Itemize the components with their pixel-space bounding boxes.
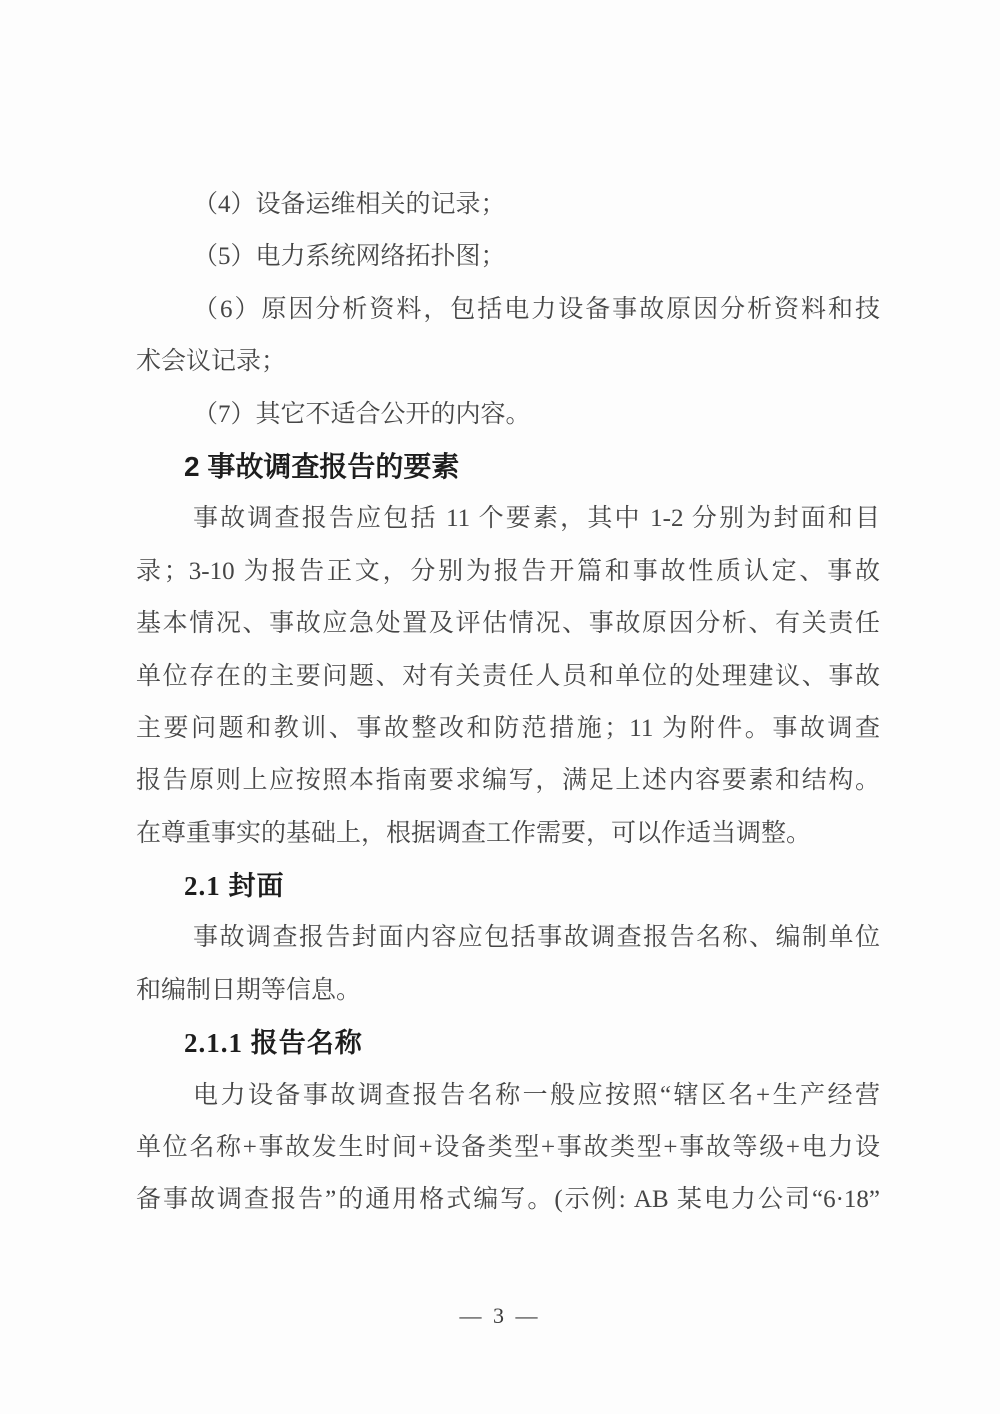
- section-2-1-1-paragraph-line-2: 单位名称+事故发生时间+设备类型+事故类型+事故等级+电力设: [136, 1122, 880, 1174]
- list-item-4: （4）设备运维相关的记录；: [136, 179, 880, 231]
- list-item-5: （5）电力系统网络拓扑图；: [136, 231, 880, 283]
- section-2-1-paragraph-line-1: 事故调查报告封面内容应包括事故调查报告名称、编制单位: [136, 912, 880, 964]
- section-2-paragraph-line-2: 录；3-10 为报告正文，分别为报告开篇和事故性质认定、事故: [136, 546, 880, 598]
- document-body: （4）设备运维相关的记录； （5）电力系统网络拓扑图； （6）原因分析资料，包括…: [136, 179, 880, 1227]
- section-2-1-paragraph-line-2: 和编制日期等信息。: [136, 965, 880, 1017]
- section-2-paragraph-line-4: 单位存在的主要问题、对有关责任人员和单位的处理建议、事故: [136, 651, 880, 703]
- section-heading-2-1-1: 2.1.1 报告名称: [136, 1017, 880, 1069]
- list-item-6-line-1: （6）原因分析资料，包括电力设备事故原因分析资料和技: [136, 284, 880, 336]
- list-item-6-line-2: 术会议记录；: [136, 336, 880, 388]
- section-2-paragraph-line-1: 事故调查报告应包括 11 个要素，其中 1-2 分别为封面和目: [136, 493, 880, 545]
- list-item-7: （7）其它不适合公开的内容。: [136, 389, 880, 441]
- section-2-1-1-paragraph-line-1: 电力设备事故调查报告名称一般应按照“辖区名+生产经营: [136, 1070, 880, 1122]
- section-heading-2-1: 2.1 封面: [136, 860, 880, 912]
- section-2-1-1-paragraph-line-3: 备事故调查报告”的通用格式编写。(示例: AB 某电力公司“6·18”: [136, 1174, 880, 1226]
- section-2-paragraph-line-3: 基本情况、事故应急处置及评估情况、事故原因分析、有关责任: [136, 598, 880, 650]
- page-number: — 3 —: [0, 1303, 1000, 1329]
- section-2-paragraph-line-6: 报告原则上应按照本指南要求编写，满足上述内容要素和结构。: [136, 755, 880, 807]
- section-heading-2: 2 事故调查报告的要素: [136, 441, 880, 493]
- section-2-paragraph-line-5: 主要问题和教训、事故整改和防范措施；11 为附件。事故调查: [136, 703, 880, 755]
- section-2-paragraph-line-7: 在尊重事实的基础上，根据调查工作需要，可以作适当调整。: [136, 808, 880, 860]
- document-page: （4）设备运维相关的记录； （5）电力系统网络拓扑图； （6）原因分析资料，包括…: [0, 0, 1000, 1414]
